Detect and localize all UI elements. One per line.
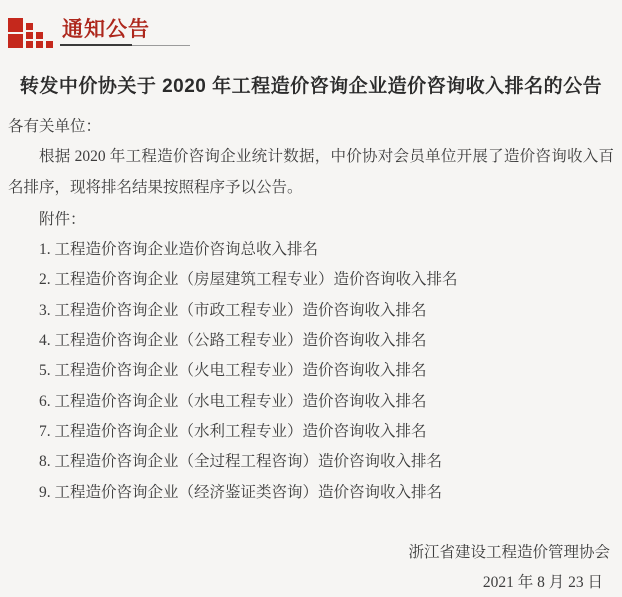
attachment-item: 8. 工程造价咨询企业（全过程工程咨询）造价咨询收入排名 bbox=[39, 447, 614, 477]
attachment-item: 4. 工程造价咨询企业（公路工程专业）造价咨询收入排名 bbox=[39, 326, 614, 356]
section-label: 通知公告 bbox=[62, 17, 150, 41]
issue-date: 2021 年 8 月 23 日 bbox=[8, 568, 614, 597]
attachment-item: 3. 工程造价咨询企业（市政工程专业）造价咨询收入排名 bbox=[39, 296, 614, 326]
attachment-item: 1. 工程造价咨询企业造价咨询总收入排名 bbox=[39, 235, 614, 265]
attachment-item: 7. 工程造价咨询企业（水利工程专业）造价咨询收入排名 bbox=[39, 417, 614, 447]
attachment-item: 5. 工程造价咨询企业（火电工程专业）造价咨询收入排名 bbox=[39, 356, 614, 386]
bar-blocks-icon bbox=[8, 16, 53, 48]
attachments-list: 1. 工程造价咨询企业造价咨询总收入排名 2. 工程造价咨询企业（房屋建筑工程专… bbox=[8, 235, 614, 508]
attachments-label: 附件： bbox=[8, 205, 614, 235]
notice-body: 各有关单位： 根据 2020 年工程造价咨询企业统计数据，中价协对会员单位开展了… bbox=[0, 112, 622, 597]
section-header: 通知公告 bbox=[0, 0, 622, 48]
notice-page: 通知公告 转发中价协关于 2020 年工程造价咨询企业造价咨询收入排名的公告 各… bbox=[0, 0, 622, 597]
notice-title: 转发中价协关于 2020 年工程造价咨询企业造价咨询收入排名的公告 bbox=[8, 74, 614, 100]
issuer-name: 浙江省建设工程造价管理协会 bbox=[8, 538, 614, 568]
attachment-item: 2. 工程造价咨询企业（房屋建筑工程专业）造价咨询收入排名 bbox=[39, 265, 614, 295]
attachment-item: 6. 工程造价咨询企业（水电工程专业）造价咨询收入排名 bbox=[39, 387, 614, 417]
section-label-underline: 通知公告 bbox=[60, 18, 154, 48]
attachment-item: 9. 工程造价咨询企业（经济鉴证类咨询）造价咨询收入排名 bbox=[39, 478, 614, 508]
signature-block: 浙江省建设工程造价管理协会 2021 年 8 月 23 日 bbox=[8, 538, 614, 597]
body-paragraph: 根据 2020 年工程造价咨询企业统计数据，中价协对会员单位开展了造价咨询收入百… bbox=[8, 142, 614, 203]
salutation: 各有关单位： bbox=[8, 112, 614, 142]
